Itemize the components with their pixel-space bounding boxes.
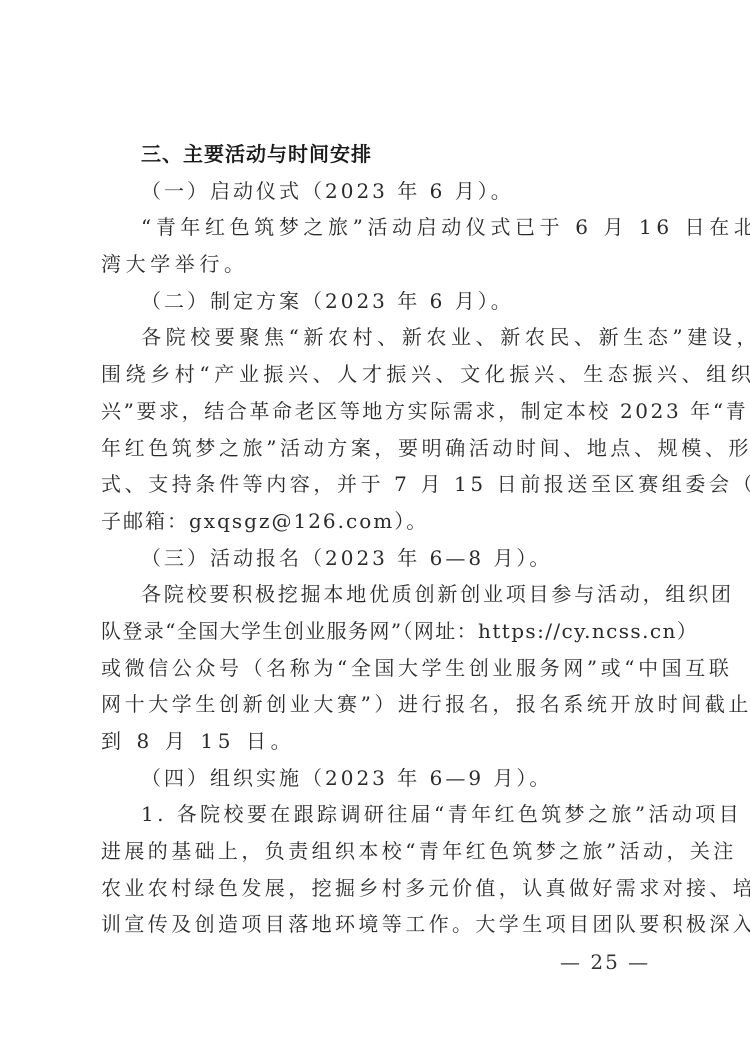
paragraph-line: 各院校要聚焦“新农村、新农业、新农民、新生态”建设， [101,319,657,356]
section-heading: 三、主要活动与时间安排 [101,136,657,173]
paragraph-line: 年红色筑梦之旅”活动方案，要明确活动时间、地点、规模、形 [101,430,657,467]
document-body: 三、主要活动与时间安排 （一）启动仪式（2023 年 6 月）。 “青年红色筑梦… [101,136,657,943]
paragraph-line: 湾大学举行。 [101,246,657,283]
paragraph-line: 进展的基础上，负责组织本校“青年红色筑梦之旅”活动，关注 [101,833,657,870]
subheading-launch-ceremony: （一）启动仪式（2023 年 6 月）。 [101,173,657,210]
paragraph-line-url: 队登录“全国大学生创业服务网”（网址：https://cy.ncss.cn） [101,613,657,650]
paragraph-line: “青年红色筑梦之旅”活动启动仪式已于 6 月 16 日在北部 [101,209,657,246]
paragraph-line-email: 子邮箱：gxqsgz@126.com）。 [101,503,657,540]
subheading-registration: （三）活动报名（2023 年 6—8 月）。 [101,540,657,577]
subheading-implementation: （四）组织实施（2023 年 6—9 月）。 [101,760,657,797]
page-number: — 25 — [560,950,660,974]
paragraph-line: 或微信公众号（名称为“全国大学生创业服务网”或“中国互联 [101,650,657,687]
paragraph-line: 式、支持条件等内容，并于 7 月 15 日前报送至区赛组委会（电 [101,466,657,503]
paragraph-line: 到 8 月 15 日。 [101,723,657,760]
paragraph-line: 兴”要求，结合革命老区等地方实际需求，制定本校 2023 年“青 [101,393,657,430]
paragraph-line: 农业农村绿色发展，挖掘乡村多元价值，认真做好需求对接、培 [101,870,657,907]
paragraph-line: 训宣传及创造项目落地环境等工作。大学生项目团队要积极深入 [101,906,657,943]
paragraph-line: 围绕乡村“产业振兴、人才振兴、文化振兴、生态振兴、组织振 [101,356,657,393]
paragraph-line: 1. 各院校要在跟踪调研往届“青年红色筑梦之旅”活动项目 [101,796,657,833]
paragraph-line: 各院校要积极挖掘本地优质创新创业项目参与活动，组织团 [101,576,657,613]
subheading-plan: （二）制定方案（2023 年 6 月）。 [101,283,657,320]
paragraph-line: 网十大学生创新创业大赛”）进行报名，报名系统开放时间截止 [101,686,657,723]
